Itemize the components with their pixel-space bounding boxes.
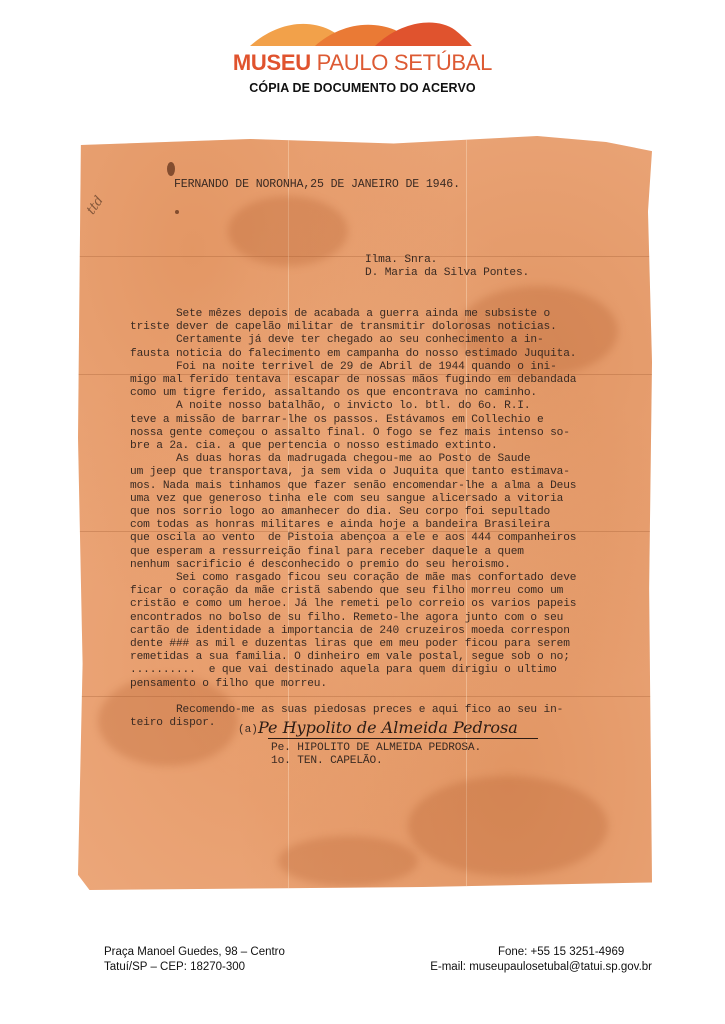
signature-block: Pe. HIPOLITO DE ALMEIDA PEDROSA.1o. TEN.…	[271, 742, 481, 768]
water-stain	[228, 196, 348, 266]
museum-logo-icon	[250, 16, 472, 52]
signature-prefix: (a)	[238, 724, 258, 736]
letter-line: que nos sorrio logo ao amanhecer do dia.…	[130, 506, 576, 519]
letter-line: teve a missão de barrar-lhe os passos. E…	[130, 414, 576, 427]
ink-blot	[167, 162, 175, 176]
letter-line: A noite nosso batalhão, o invicto lo. bt…	[130, 400, 576, 413]
letter-line: .......... e que vai destinado aquela pa…	[130, 664, 576, 677]
letter-line: triste dever de capelão militar de trans…	[130, 321, 576, 334]
letter-line: Sete mêzes depois de acabada a guerra ai…	[130, 308, 576, 321]
letter-line: cristão e como um heroe. Já lhe remeti p…	[130, 598, 576, 611]
letter-line: uma vez que generoso tinha ele com seu s…	[130, 493, 576, 506]
letter-line: que esperam a ressurreição final para re…	[130, 546, 576, 559]
letter-body: Sete mêzes depois de acabada a guerra ai…	[130, 308, 576, 730]
handwritten-signature: Pe Hypolito de Almeida Pedrosa	[258, 718, 518, 737]
letter-line: ficar o coração da mãe cristã sabendo qu…	[130, 585, 576, 598]
museum-name: MUSEU PAULO SETÚBAL	[0, 50, 725, 76]
ink-blot	[175, 210, 179, 214]
letter-line: As duas horas da madrugada chegou-me ao …	[130, 453, 576, 466]
recipient-line: Ilma. Snra.	[365, 254, 529, 267]
letter-line: Certamente já deve ter chegado ao seu co…	[130, 334, 576, 347]
letter-line: como um tigre ferido, assaltando os que …	[130, 387, 576, 400]
signature-underline	[268, 738, 538, 739]
letter-line: com todas as honras militares e ainda ho…	[130, 519, 576, 532]
letter-line: nossa gente começou o assalto final. O f…	[130, 427, 576, 440]
signature-name: Pe. HIPOLITO DE ALMEIDA PEDROSA.	[271, 742, 481, 755]
letter-line: remetidas a sua familia. O dinheiro em v…	[130, 651, 576, 664]
water-stain	[408, 776, 608, 876]
letter-line: que oscila ao vento de Pistoia abençoa a…	[130, 532, 576, 545]
letter-line: um jeep que transportava, ja sem vida o …	[130, 466, 576, 479]
signature-title: 1o. TEN. CAPELÃO.	[271, 755, 481, 768]
letter-dateline: FERNANDO DE NORONHA,25 DE JANEIRO DE 194…	[174, 178, 460, 191]
address-line: Tatuí/SP – CEP: 18270-300	[104, 960, 285, 975]
recipient-line: D. Maria da Silva Pontes.	[365, 267, 529, 280]
museum-name-bold: MUSEU	[233, 50, 311, 75]
phone-number: Fone: +55 15 3251-4969	[430, 945, 652, 960]
letter-line: bre a 2a. cia. a que pertencia o nosso e…	[130, 440, 576, 453]
letter-line: Recomendo-me as suas piedosas preces e a…	[130, 704, 576, 717]
letter-line: Sei como rasgado ficou seu coração de mã…	[130, 572, 576, 585]
letter-line	[130, 691, 576, 704]
footer-address: Praça Manoel Guedes, 98 – Centro Tatuí/S…	[104, 945, 285, 975]
letter-line: mos. Nada mais tinhamos que fazer senão …	[130, 480, 576, 493]
letter-recipient: Ilma. Snra.D. Maria da Silva Pontes.	[365, 254, 529, 280]
water-stain	[278, 836, 418, 886]
scanned-letter: ttd FERNANDO DE NORONHA,25 DE JANEIRO DE…	[78, 136, 652, 890]
letter-line: Foi na noite terrivel de 29 de Abril de …	[130, 361, 576, 374]
letter-line: cartão de identidade a importancia de 24…	[130, 625, 576, 638]
email-address[interactable]: E-mail: museupaulosetubal@tatui.sp.gov.b…	[430, 961, 652, 973]
museum-name-rest: PAULO SETÚBAL	[317, 50, 492, 75]
letter-line: encontrados no bolso de su filho. Remeto…	[130, 612, 576, 625]
document-subtitle: CÓPIA DE DOCUMENTO DO ACERVO	[0, 81, 725, 95]
letter-line: migo mal ferido tentava escapar de nossa…	[130, 374, 576, 387]
letter-line: dente ### as mil e duzentas liras que em…	[130, 638, 576, 651]
address-line: Praça Manoel Guedes, 98 – Centro	[104, 945, 285, 960]
letter-line: pensamento o filho que morreu.	[130, 678, 576, 691]
letter-line: fausta noticia do falecimento em campanh…	[130, 348, 576, 361]
footer-contact: Fone: +55 15 3251-4969 E-mail: museupaul…	[430, 945, 652, 975]
letter-line: nenhum sacrificio é desconhecido o premi…	[130, 559, 576, 572]
handwritten-note: ttd	[84, 194, 107, 218]
